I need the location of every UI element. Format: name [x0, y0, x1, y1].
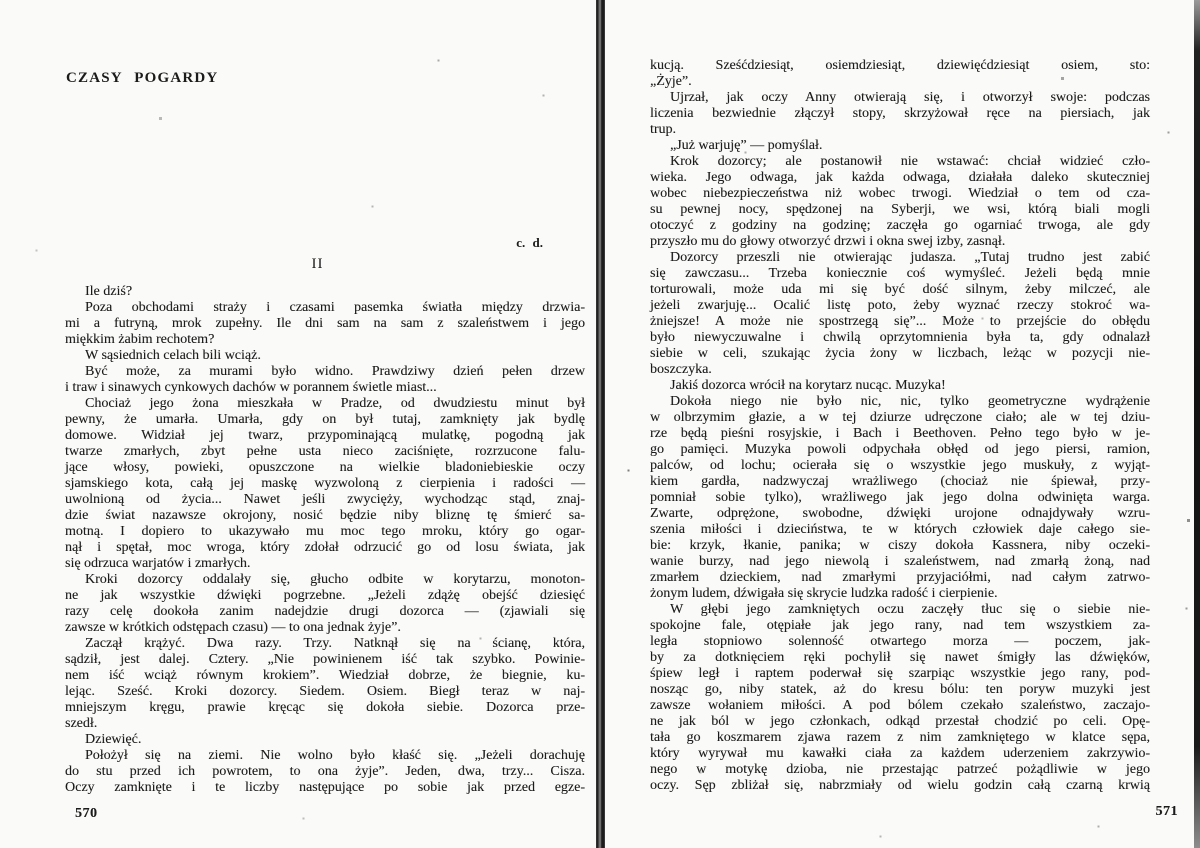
text-line: wanie burzy, nad jego niewolą i szaleńst… — [650, 554, 1150, 570]
text-line: Dozorcy przeszli nie otwierając judasza.… — [650, 250, 1150, 266]
text-line: zmarłem dzieckiem, nad zmarłymi przyjaci… — [650, 570, 1150, 586]
text-line: twarze zmarłych, zbyt pełne usta nieco z… — [65, 444, 585, 460]
text-line: jące włosy, powieki, opuszczone na wielk… — [65, 460, 585, 476]
text-line: W sąsiednich celach bili wciąż. — [65, 348, 585, 364]
text-line: jeżeli zwarjuję... Ocalić listę poto, że… — [650, 298, 1150, 314]
text-line: ne jak wszystkie dźwięki pogrzebne. „Jeż… — [65, 588, 585, 604]
section-number: II — [65, 256, 570, 273]
text-line: Zwarte, odprężone, swobodne, dźwięki uro… — [650, 506, 1150, 522]
text-line: wieka. Jego odwaga, jak każda odwaga, dz… — [650, 170, 1150, 186]
text-line: sądził, jest dalej. Cztery. „Nie powinie… — [65, 652, 585, 668]
text-line: było niewyczuwalne i chwilą oprzytomnien… — [650, 330, 1150, 346]
text-line: żniejsze! A może nie spostrzegą się”... … — [650, 314, 1150, 330]
text-line: Położył się na ziemi. Nie wolno było kła… — [65, 748, 585, 764]
scan-speckles — [0, 0, 1, 1]
text-line: spokojne fale, otępiałe jak jego rany, n… — [650, 618, 1150, 634]
text-line: żonym ludem, dźwigała się skrycie ludzka… — [650, 586, 1150, 602]
text-line: nosząc go, niby statek, aż do kresu bólu… — [650, 682, 1150, 698]
continued-mark: c. d. — [65, 235, 543, 251]
book-title-header: CZASY POGARDY — [66, 70, 586, 87]
text-line: szenia miłości i dzieciństwa, te w który… — [650, 522, 1150, 538]
text-line: mi a futryną, mrok zupełny. Ile dni sam … — [65, 316, 585, 332]
text-line: „Żyje”. — [650, 74, 1150, 90]
text-line: Chociaż jego żona mieszkała w Pradze, od… — [65, 396, 585, 412]
text-line: Dziewięć. — [65, 732, 585, 748]
text-line: uwolnioną od życia... Nawet jeśli zwycię… — [65, 492, 585, 508]
text-line: śpiew legł i raptem poderwał się szarpią… — [650, 666, 1150, 682]
text-line: się zawczasu... Trzeba koniecznie coś wy… — [650, 266, 1150, 282]
text-line: zawsze wołaniem miłości. A pod bólem cze… — [650, 698, 1150, 714]
right-page-body: kucją. Sześćdziesiąt, osiemdziesiąt, dzi… — [650, 58, 1150, 794]
text-line: nął i spętał, moc wroga, który zdołał od… — [65, 540, 585, 556]
text-line: liczenia bezwiednie złączył stopy, skrzy… — [650, 106, 1150, 122]
text-line: nego w motykę dzioba, nie przestając pat… — [650, 762, 1150, 778]
text-line: rze będą pieśni rosyjskie, i Bach i Beet… — [650, 426, 1150, 442]
text-line: Być może, za murami było widno. Prawdziw… — [65, 364, 585, 380]
text-line: dzie świat nazawsze okrojony, nosić będz… — [65, 508, 585, 524]
text-line: pewny, że umarła. Umarła, gdy on był tut… — [65, 412, 585, 428]
text-line: tała go koszmarem zjawa razem z nim zamk… — [650, 730, 1150, 746]
text-line: siebie w celi, szukając życia żony w lic… — [650, 346, 1150, 362]
text-line: w olbrzymim głazie, a w tej dziurze udrę… — [650, 410, 1150, 426]
text-line: razy celę dookoła zanim nadejdzie drugi … — [65, 604, 585, 620]
text-line: sjamskiego kota, całą jej maskę wyzwolon… — [65, 476, 585, 492]
text-line: Oczy zamknięte i te liczby następujące p… — [65, 780, 585, 796]
text-line: który wyrywał mu kawałki ciała za każdem… — [650, 746, 1150, 762]
text-line: wobec niebezpieczeństwa niż wobec trwogi… — [650, 186, 1150, 202]
text-line: su pewnej nocy, spędzonej na Syberji, we… — [650, 202, 1150, 218]
text-line: Ujrzał, jak oczy Anny otwierają się, i o… — [650, 90, 1150, 106]
text-line: bie: krzyk, łkanie, panika; w ciszy doko… — [650, 538, 1150, 554]
right-scan-edge-band — [1194, 0, 1200, 848]
text-line: i traw i sinawych cynkowych dachów w por… — [65, 380, 585, 396]
text-line: by za dotknięciem ręki pochylił się nawe… — [650, 650, 1150, 666]
text-line: nem iść wciąż równym krokiem”. Wiedział … — [65, 668, 585, 684]
text-line: pomniał sobie tylko), wrażliwego jak jeg… — [650, 490, 1150, 506]
text-line: W głębi jego zamkniętych oczu zaczęły tł… — [650, 602, 1150, 618]
text-line: Kroki dozorcy oddalały się, głucho odbit… — [65, 572, 585, 588]
text-line: kucją. Sześćdziesiąt, osiemdziesiąt, dzi… — [650, 58, 1150, 74]
text-line: oczy. Sęp zbliżał się, nabrzmiały od wie… — [650, 778, 1150, 794]
text-line: przyszło mu do głowy otworzyć drzwi i ok… — [650, 234, 1150, 250]
text-line: domowe. Widział jej twarz, przypominając… — [65, 428, 585, 444]
text-line: motną. I dopiero to ukazywało mu moc teg… — [65, 524, 585, 540]
text-line: torturowali, może uda mi się być dość si… — [650, 282, 1150, 298]
right-page-number: 571 — [1156, 804, 1179, 820]
text-line: trup. — [650, 122, 1150, 138]
text-line: boszczyka. — [650, 362, 1150, 378]
book-spread-scan: CZASY POGARDY c. d. II Ile dziś?Poza obc… — [0, 0, 1200, 848]
text-line: Krok dozorcy; ale postanowił nie wstawać… — [650, 154, 1150, 170]
text-line: mniejszym kręgu, prawie kręcąc się dokoł… — [65, 700, 585, 716]
text-line: kiem gardła, nadzwyczaj wrażliwego (choc… — [650, 474, 1150, 490]
left-page-body: Ile dziś?Poza obchodami straży i czasami… — [65, 284, 585, 796]
text-line: Jakiś dozorca wrócił na korytarz nucąc. … — [650, 378, 1150, 394]
text-line: otoczyć z godziny na godzinę; zaczęła go… — [650, 218, 1150, 234]
text-line: miękkim żabim rechotem? — [65, 332, 585, 348]
left-page-number: 570 — [75, 806, 98, 822]
text-line: lejąc. Sześć. Kroki dozorcy. Siedem. Osi… — [65, 684, 585, 700]
text-line: ne jak ból w jego członkach, odkąd przes… — [650, 714, 1150, 730]
text-line: do stu przed ich powrotem, to ona żyje”.… — [65, 764, 585, 780]
text-line: się odrzuca warjatów i zmarłych. — [65, 556, 585, 572]
text-line: „Już warjuję” — pomyślał. — [650, 138, 1150, 154]
text-line: zawsze w krótkich odstępach czasu) — to … — [65, 620, 585, 636]
text-line: palców, od lochu; ocierała się o wszystk… — [650, 458, 1150, 474]
text-line: szedł. — [65, 716, 585, 732]
text-line: go pamięci. Muzyka powoli odpychała obłę… — [650, 442, 1150, 458]
text-line: Dokoła niego nie było nic, nic, tylko ge… — [650, 394, 1150, 410]
page-gutter-scan-band — [596, 0, 605, 848]
text-line: legła stopniowo solenność otwartego morz… — [650, 634, 1150, 650]
text-line: Zaczął krążyć. Dwa razy. Trzy. Natknął s… — [65, 636, 585, 652]
text-line: Ile dziś? — [65, 284, 585, 300]
text-line: Poza obchodami straży i czasami pasemka … — [65, 300, 585, 316]
